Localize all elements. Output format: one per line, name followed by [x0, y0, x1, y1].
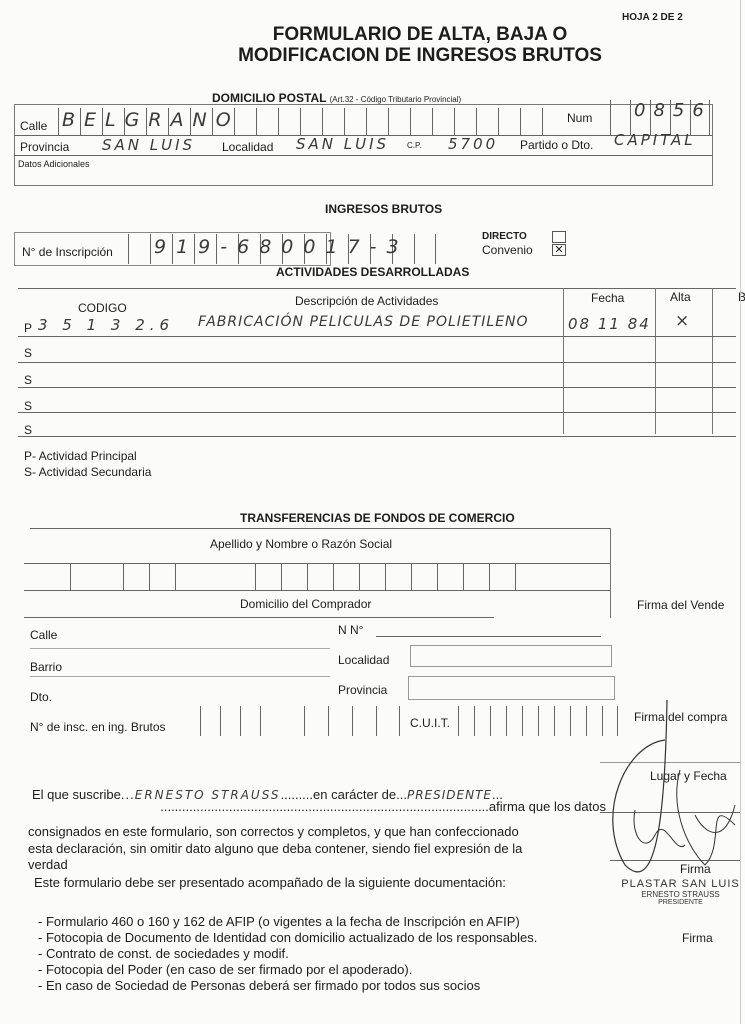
row-tipo: S: [24, 423, 32, 437]
datos-adicionales-label: Datos Adicionales: [18, 159, 90, 169]
num-value: 0856: [634, 100, 712, 121]
cuit-label: C.U.I.T.: [410, 716, 450, 730]
doc-item: - Formulario 460 o 160 y 162 de AFIP (o …: [38, 914, 537, 930]
calle-value: BELGRANO: [62, 109, 240, 131]
col-fecha: Fecha: [591, 291, 624, 305]
actividades-heading: ACTIVIDADES DESARROLLADAS: [276, 265, 469, 279]
doc-item: - Contrato de const. de sociedades y mod…: [38, 946, 537, 962]
doc-item: - Fotocopia de Documento de Identidad co…: [38, 930, 537, 946]
directo-label: DIRECTO: [482, 231, 527, 242]
transferencias-heading: TRANSFERENCIAS DE FONDOS DE COMERCIO: [240, 511, 515, 525]
col-codigo: CODIGO: [78, 301, 127, 315]
signature-scribble: [595, 695, 745, 895]
declaracion-line-5: verdad: [28, 857, 68, 872]
col-descripcion: Descripción de Actividades: [295, 294, 438, 308]
comprador-insc-cells[interactable]: [200, 706, 400, 736]
inscripcion-label: N° de Inscripción: [22, 245, 113, 259]
directo-checkbox[interactable]: [552, 231, 566, 243]
row-tipo: S: [24, 346, 32, 360]
title-line-2: MODIFICACION DE INGRESOS BRUTOS: [230, 45, 610, 66]
domicilio-postal-heading: DOMICILIO POSTAL (Art.32 - Código Tribut…: [212, 91, 461, 105]
partido-value: CAPITAL: [614, 131, 696, 149]
doc-item: - En caso de Sociedad de Personas deberá…: [38, 978, 537, 994]
heading-note: (Art.32 - Código Tributario Provincial): [330, 95, 462, 104]
num-label: Num: [567, 111, 592, 125]
comprador-localidad-field[interactable]: [410, 645, 612, 667]
documentacion-heading: Este formulario debe ser presentado acom…: [34, 875, 506, 890]
page-indicator: HOJA 2 DE 2: [622, 12, 683, 23]
legend-principal: P- Actividad Principal: [24, 449, 137, 463]
firma-vendedor-label: Firma del Vende: [637, 598, 724, 612]
declaracion-line-2: ........................................…: [30, 799, 606, 814]
domicilio-comprador-label: Domicilio del Comprador: [240, 597, 371, 611]
partido-label: Partido o Dto.: [520, 138, 593, 152]
row-tipo: S: [24, 373, 32, 387]
legend-secundaria: S- Actividad Secundaria: [24, 465, 151, 479]
cp-value: 5700: [448, 135, 498, 153]
comprador-provincia-field[interactable]: [408, 676, 615, 700]
row-fecha: 08 11 84: [568, 315, 651, 333]
cuit-cells[interactable]: [458, 706, 618, 736]
stamp-role: PRESIDENTE: [618, 899, 743, 906]
localidad-value: SAN LUIS: [296, 135, 389, 153]
firma-label-2: Firma: [682, 931, 713, 945]
comprador-nn-label: N N°: [338, 623, 363, 637]
row-tipo: S: [24, 399, 32, 413]
title-line-1: FORMULARIO DE ALTA, BAJA O: [230, 24, 610, 45]
documentacion-list: - Formulario 460 o 160 y 162 de AFIP (o …: [38, 914, 537, 994]
comprador-insc-label: N° de insc. en ing. Brutos: [30, 720, 166, 734]
convenio-checkbox[interactable]: ✕: [552, 244, 566, 256]
apellido-cells[interactable]: [70, 563, 541, 590]
heading-text: DOMICILIO POSTAL: [212, 91, 326, 105]
declaracion-line-4: esta declaración, sin omitir dato alguno…: [28, 841, 522, 856]
apellido-label: Apellido y Nombre o Razón Social: [210, 537, 392, 551]
comprador-calle-label: Calle: [30, 628, 57, 642]
doc-item: - Fotocopia del Poder (en caso de ser fi…: [38, 962, 537, 978]
form-title: FORMULARIO DE ALTA, BAJA O MODIFICACION …: [230, 24, 610, 66]
col-alta: Alta: [670, 290, 691, 304]
inscripcion-value: 919-680017-3: [154, 236, 409, 258]
row-codigo: 3 5 1 3 2.6: [38, 316, 174, 334]
cp-label: C.P.: [407, 141, 422, 150]
row-alta: ×: [675, 311, 692, 331]
localidad-label: Localidad: [222, 140, 273, 154]
line-2-text: afirma que los datos: [489, 799, 606, 814]
provincia-value: SAN LUIS: [102, 136, 195, 154]
comprador-dto-label: Dto.: [30, 690, 52, 704]
comprador-localidad-label: Localidad: [338, 653, 389, 667]
comprador-provincia-label: Provincia: [338, 683, 387, 697]
comprador-barrio-label: Barrio: [30, 660, 62, 674]
convenio-label: Convenio: [482, 243, 533, 257]
calle-label: Calle: [20, 119, 47, 133]
provincia-label: Provincia: [20, 140, 69, 154]
ingresos-brutos-heading: INGRESOS BRUTOS: [325, 202, 442, 216]
declaracion-line-3: consignados en este formulario, son corr…: [28, 824, 519, 839]
row-descripcion: FABRICACIÓN PELICULAS DE POLIETILENO: [198, 314, 529, 330]
row-tipo: P: [24, 321, 32, 335]
